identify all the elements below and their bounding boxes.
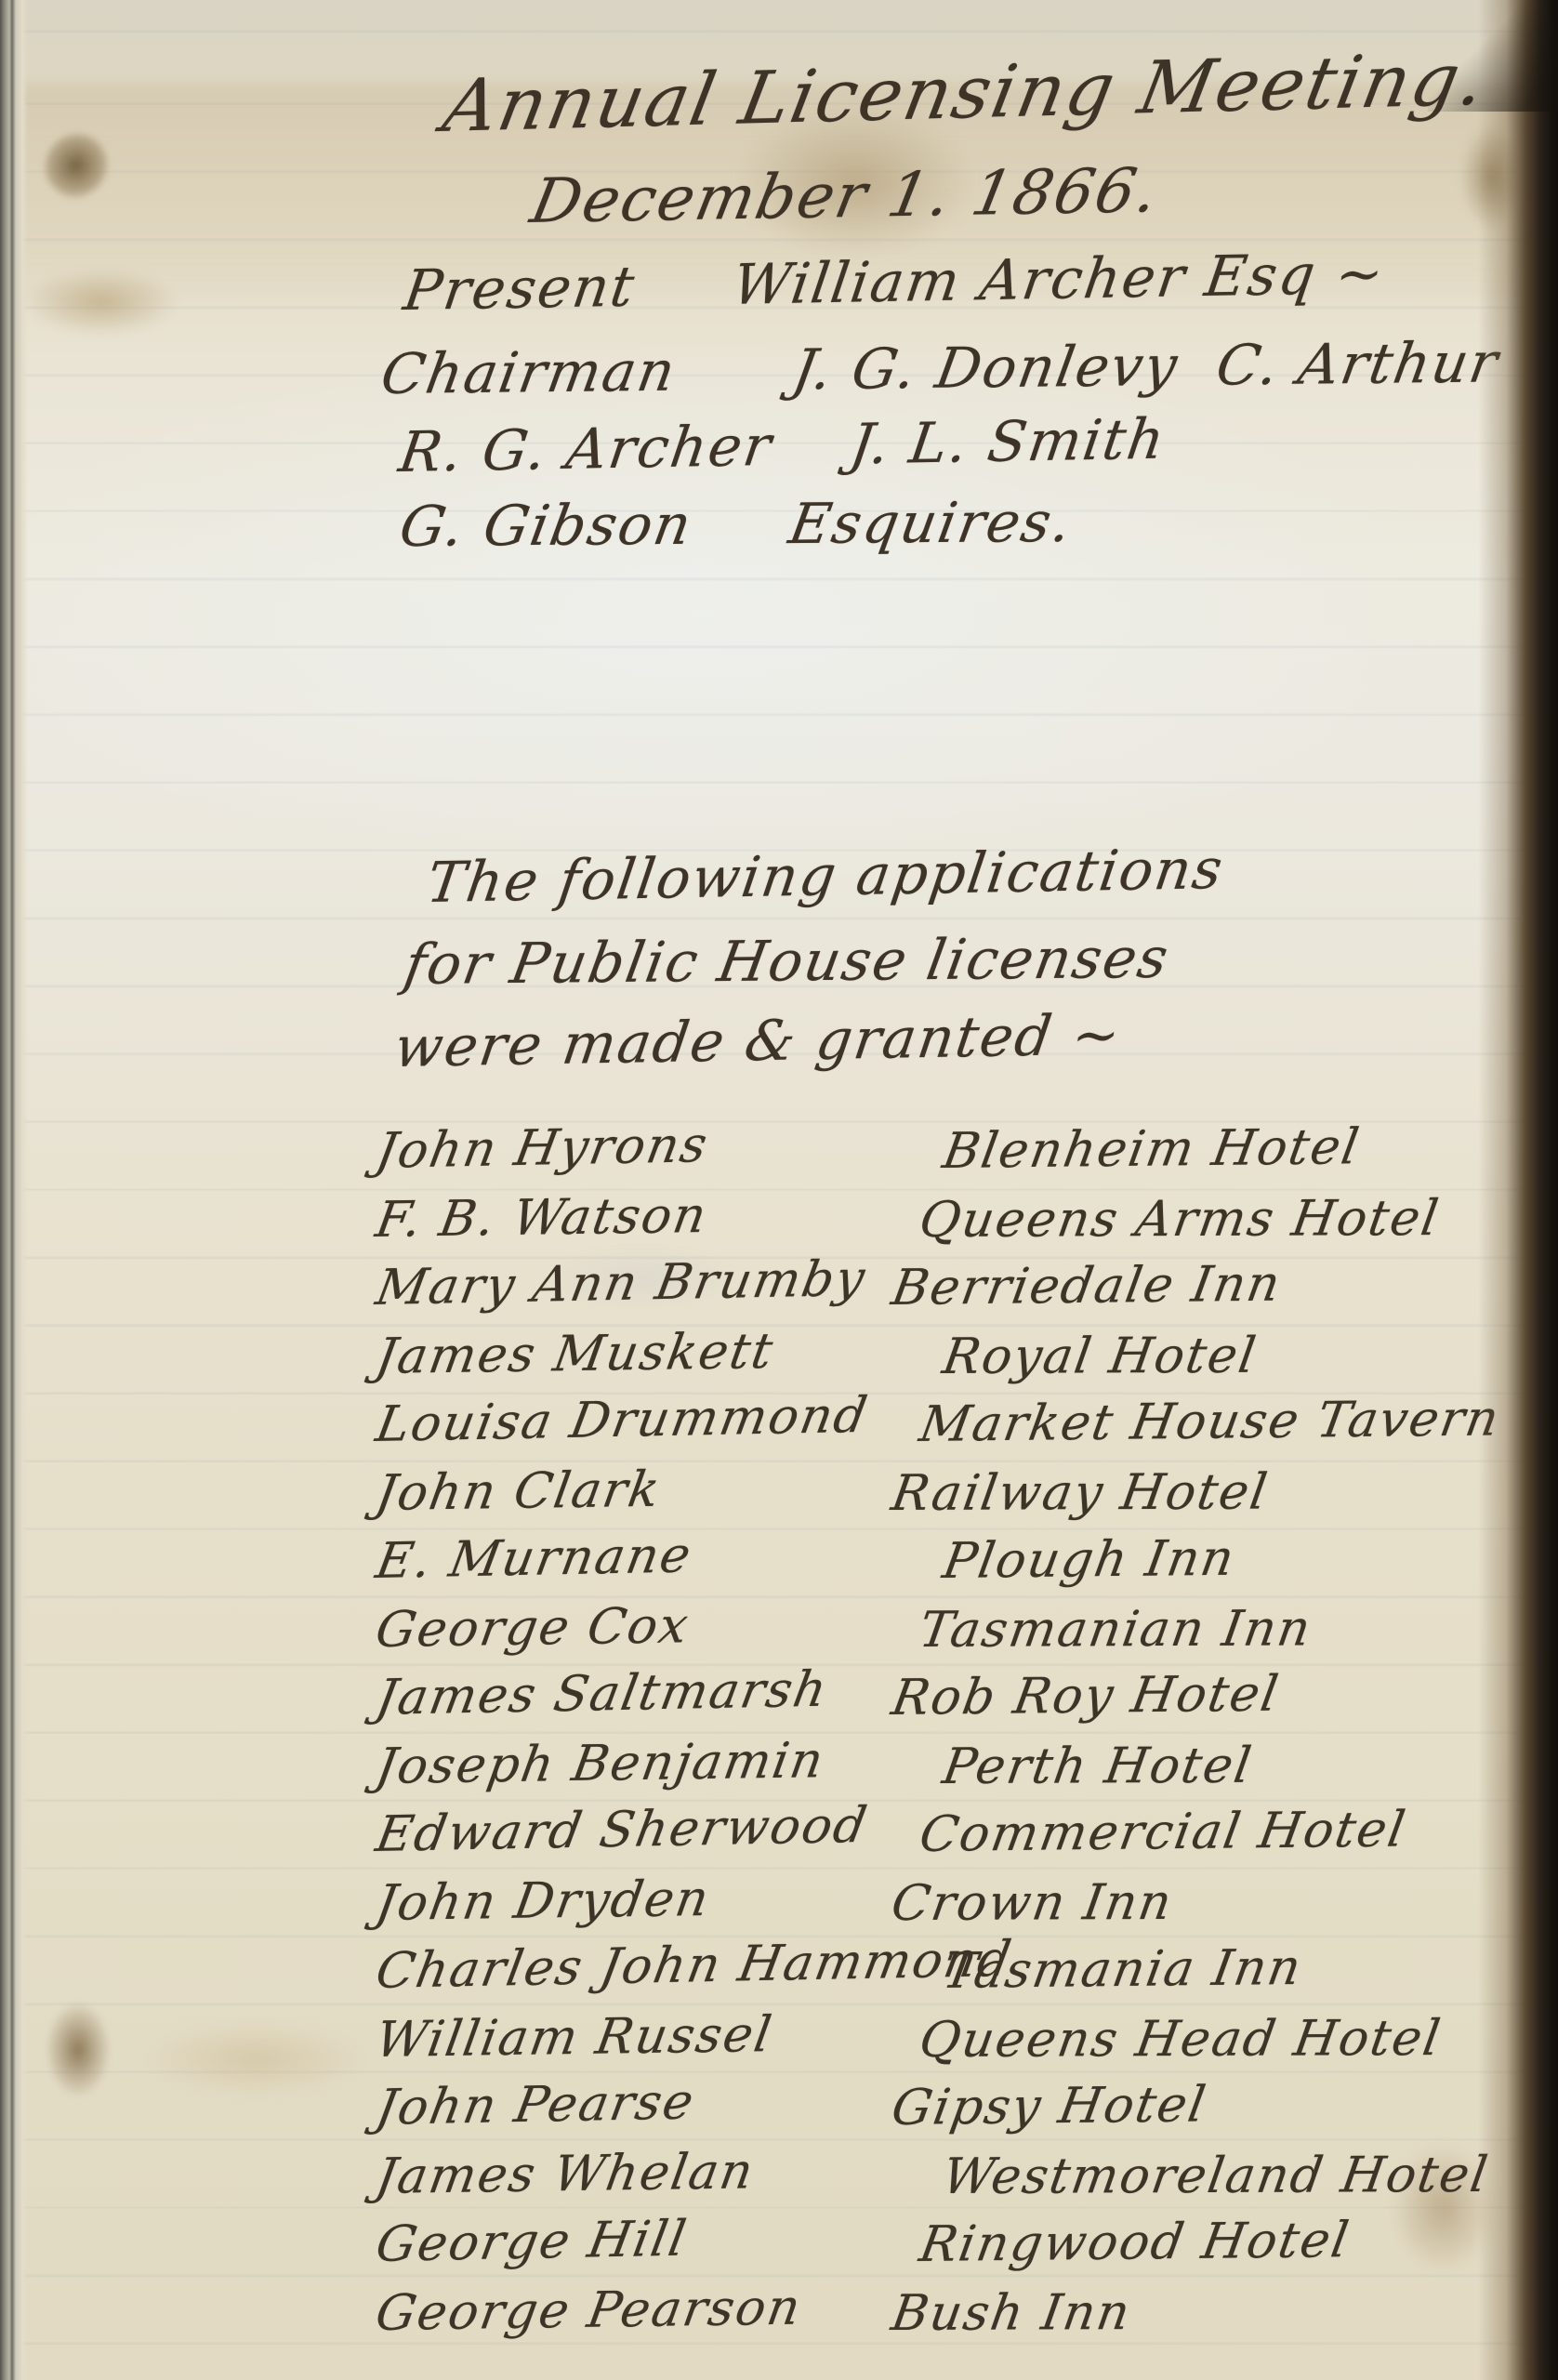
license-row: F. B. Watson Queens Arms Hotel: [372, 1192, 1525, 1261]
body-line: The following applications: [423, 837, 1228, 916]
date-line: December 1. 1866.: [525, 154, 1166, 237]
license-row: John Pearse Gipsy Hotel: [372, 2080, 1525, 2149]
applicant-name: John Clark: [372, 1457, 926, 1521]
license-row: James Saltmarsh Rob Roy Hotel: [372, 1670, 1525, 1739]
applicant-name: John Dryden: [372, 1867, 926, 1931]
license-row: Joseph Benjamin Perth Hotel: [372, 1739, 1525, 1807]
license-row: George Pearson Bush Inn: [372, 2285, 1525, 2354]
license-row: Edward Sherwood Commercial Hotel: [372, 1806, 1525, 1875]
house-name: Blenheim Hotel: [939, 1118, 1365, 1180]
binding-gutter: [1478, 0, 1558, 2380]
present-line: R. G. Archer J. L. Smith: [395, 407, 1169, 485]
applicant-name: George Hill: [372, 2206, 928, 2273]
license-row: William Russel Queens Head Hotel: [372, 2012, 1525, 2081]
present-line: Chairman J. G. Donlevy C. Arthur: [376, 330, 1504, 407]
house-name: Westmoreland Hotel: [939, 2146, 1493, 2204]
binding-gutter-corner: [1428, 0, 1558, 112]
house-name: Rob Roy Hotel: [888, 1666, 1284, 1726]
applicant-name: John Pearse: [372, 2069, 928, 2136]
license-list: John Hyrons Blenheim Hotel F. B. Watson …: [372, 1123, 1525, 2353]
license-row: George Hill Ringwood Hotel: [372, 2216, 1525, 2285]
license-row: James Muskett Royal Hotel: [372, 1329, 1525, 1397]
house-name: Bush Inn: [888, 2284, 1135, 2342]
body-line: were made & granted ~: [390, 1002, 1126, 1080]
house-name: Market House Tavern: [916, 1390, 1504, 1453]
license-row: George Cox Tasmanian Inn: [372, 1602, 1525, 1671]
license-row: Charles John Hammond Tasmania Inn: [372, 1943, 1525, 2012]
house-name: Tasmania Inn: [939, 1939, 1306, 2000]
house-name: Tasmanian Inn: [916, 1600, 1315, 1658]
present-line: G. Gibson Esquires.: [395, 490, 1077, 560]
applicant-name: Charles John Hammond: [372, 1933, 928, 2000]
page-left-edge: [0, 0, 28, 2380]
license-row: E. Murnane Plough Inn: [372, 1533, 1525, 1602]
applicant-name: George Pearson: [372, 2277, 926, 2341]
house-name: Berriedale Inn: [888, 1256, 1286, 1316]
house-name: Queens Head Hotel: [916, 2010, 1446, 2069]
house-name: Ringwood Hotel: [916, 2212, 1354, 2273]
applicant-name: James Whelan: [372, 2140, 926, 2204]
house-name: Railway Hotel: [888, 1463, 1273, 1521]
house-name: Gipsy Hotel: [888, 2076, 1211, 2136]
body-line: for Public House licenses: [400, 926, 1174, 998]
house-name: Perth Hotel: [939, 1737, 1257, 1794]
applicant-name: William Russel: [372, 2003, 926, 2068]
applicant-name: E. Murnane: [372, 1523, 928, 1590]
applicant-name: Edward Sherwood: [372, 1796, 928, 1863]
ledger-page: Annual Licensing Meeting. December 1. 18…: [0, 0, 1558, 2380]
applicant-name: James Saltmarsh: [372, 1659, 928, 1726]
license-row: Mary Ann Brumby Berriedale Inn: [372, 1260, 1525, 1329]
applicant-name: James Muskett: [372, 1320, 926, 1384]
license-row: James Whelan Westmoreland Hotel: [372, 2149, 1525, 2217]
house-name: Commercial Hotel: [916, 1802, 1411, 1863]
applicant-name: Joseph Benjamin: [372, 1730, 926, 1794]
bottom-left-stain: [33, 1985, 123, 2115]
paper-cool-band: [0, 325, 1558, 902]
license-row: John Hyrons Blenheim Hotel: [372, 1123, 1525, 1192]
house-name: Queens Arms Hotel: [916, 1190, 1444, 1249]
applicant-name: Mary Ann Brumby: [372, 1249, 928, 1316]
applicant-name: F. B. Watson: [372, 1183, 926, 1248]
license-row: Louisa Drummond Market House Tavern: [372, 1396, 1525, 1465]
license-row: John Clark Railway Hotel: [372, 1465, 1525, 1534]
applicant-name: John Hyrons: [372, 1113, 928, 1180]
applicant-name: Louisa Drummond: [372, 1386, 928, 1453]
bottom-left-stain-faint: [130, 2008, 409, 2110]
applicant-name: George Cox: [372, 1593, 926, 1658]
house-name: Crown Inn: [888, 1873, 1177, 1931]
house-name: Plough Inn: [939, 1530, 1239, 1590]
house-name: Royal Hotel: [939, 1327, 1261, 1384]
